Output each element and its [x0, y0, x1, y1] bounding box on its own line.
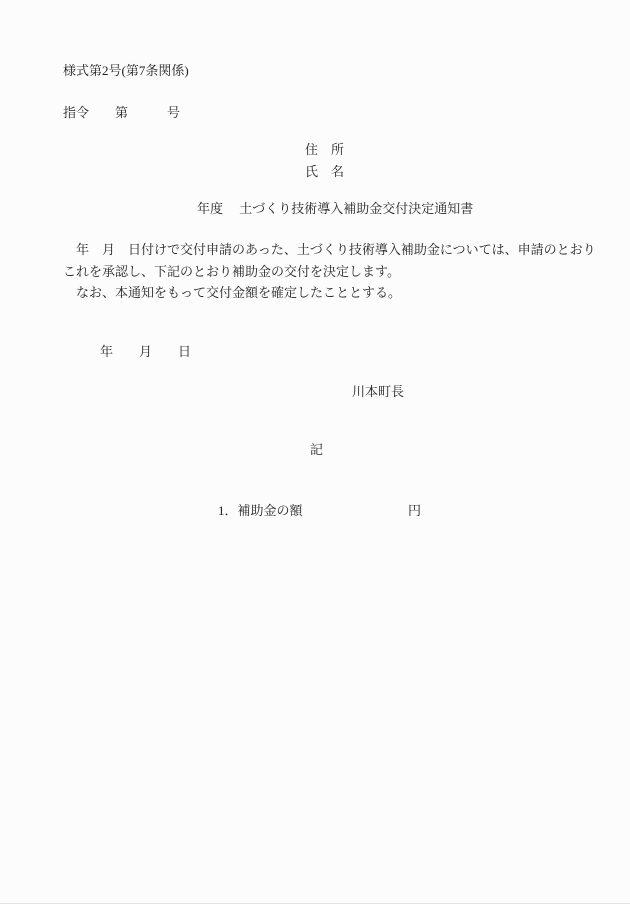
subsidy-amount-label: 1．補助金の額 [218, 503, 303, 519]
document-page: 様式第2号(第7条関係) 指令 第 号 住 所 氏 名 年度 土づくり技術導入補… [0, 0, 630, 904]
directive-number-line: 指令 第 号 [63, 105, 180, 121]
body-paragraph-line-1: 年 月 日付けで交付申請のあった、土づくり技術導入補助金については、申請のとおり [63, 242, 596, 258]
form-number: 様式第2号(第7条関係) [63, 63, 189, 79]
list-marker: 記 [310, 442, 323, 458]
body-paragraph-line-2: これを承認し、下記のとおり補助金の交付を決定します。 [63, 264, 400, 280]
recipient-address-label: 住 所 [305, 142, 344, 158]
document-title: 年度 土づくり技術導入補助金交付決定通知書 [197, 201, 473, 217]
body-paragraph-line-3: なお、本通知をもって交付金額を確定したこととする。 [63, 285, 401, 301]
issuer-name: 川本町長 [352, 384, 404, 400]
recipient-name-label: 氏 名 [305, 164, 344, 180]
issue-date-line: 年 月 日 [100, 344, 191, 360]
subsidy-amount-unit-yen: 円 [408, 503, 421, 519]
